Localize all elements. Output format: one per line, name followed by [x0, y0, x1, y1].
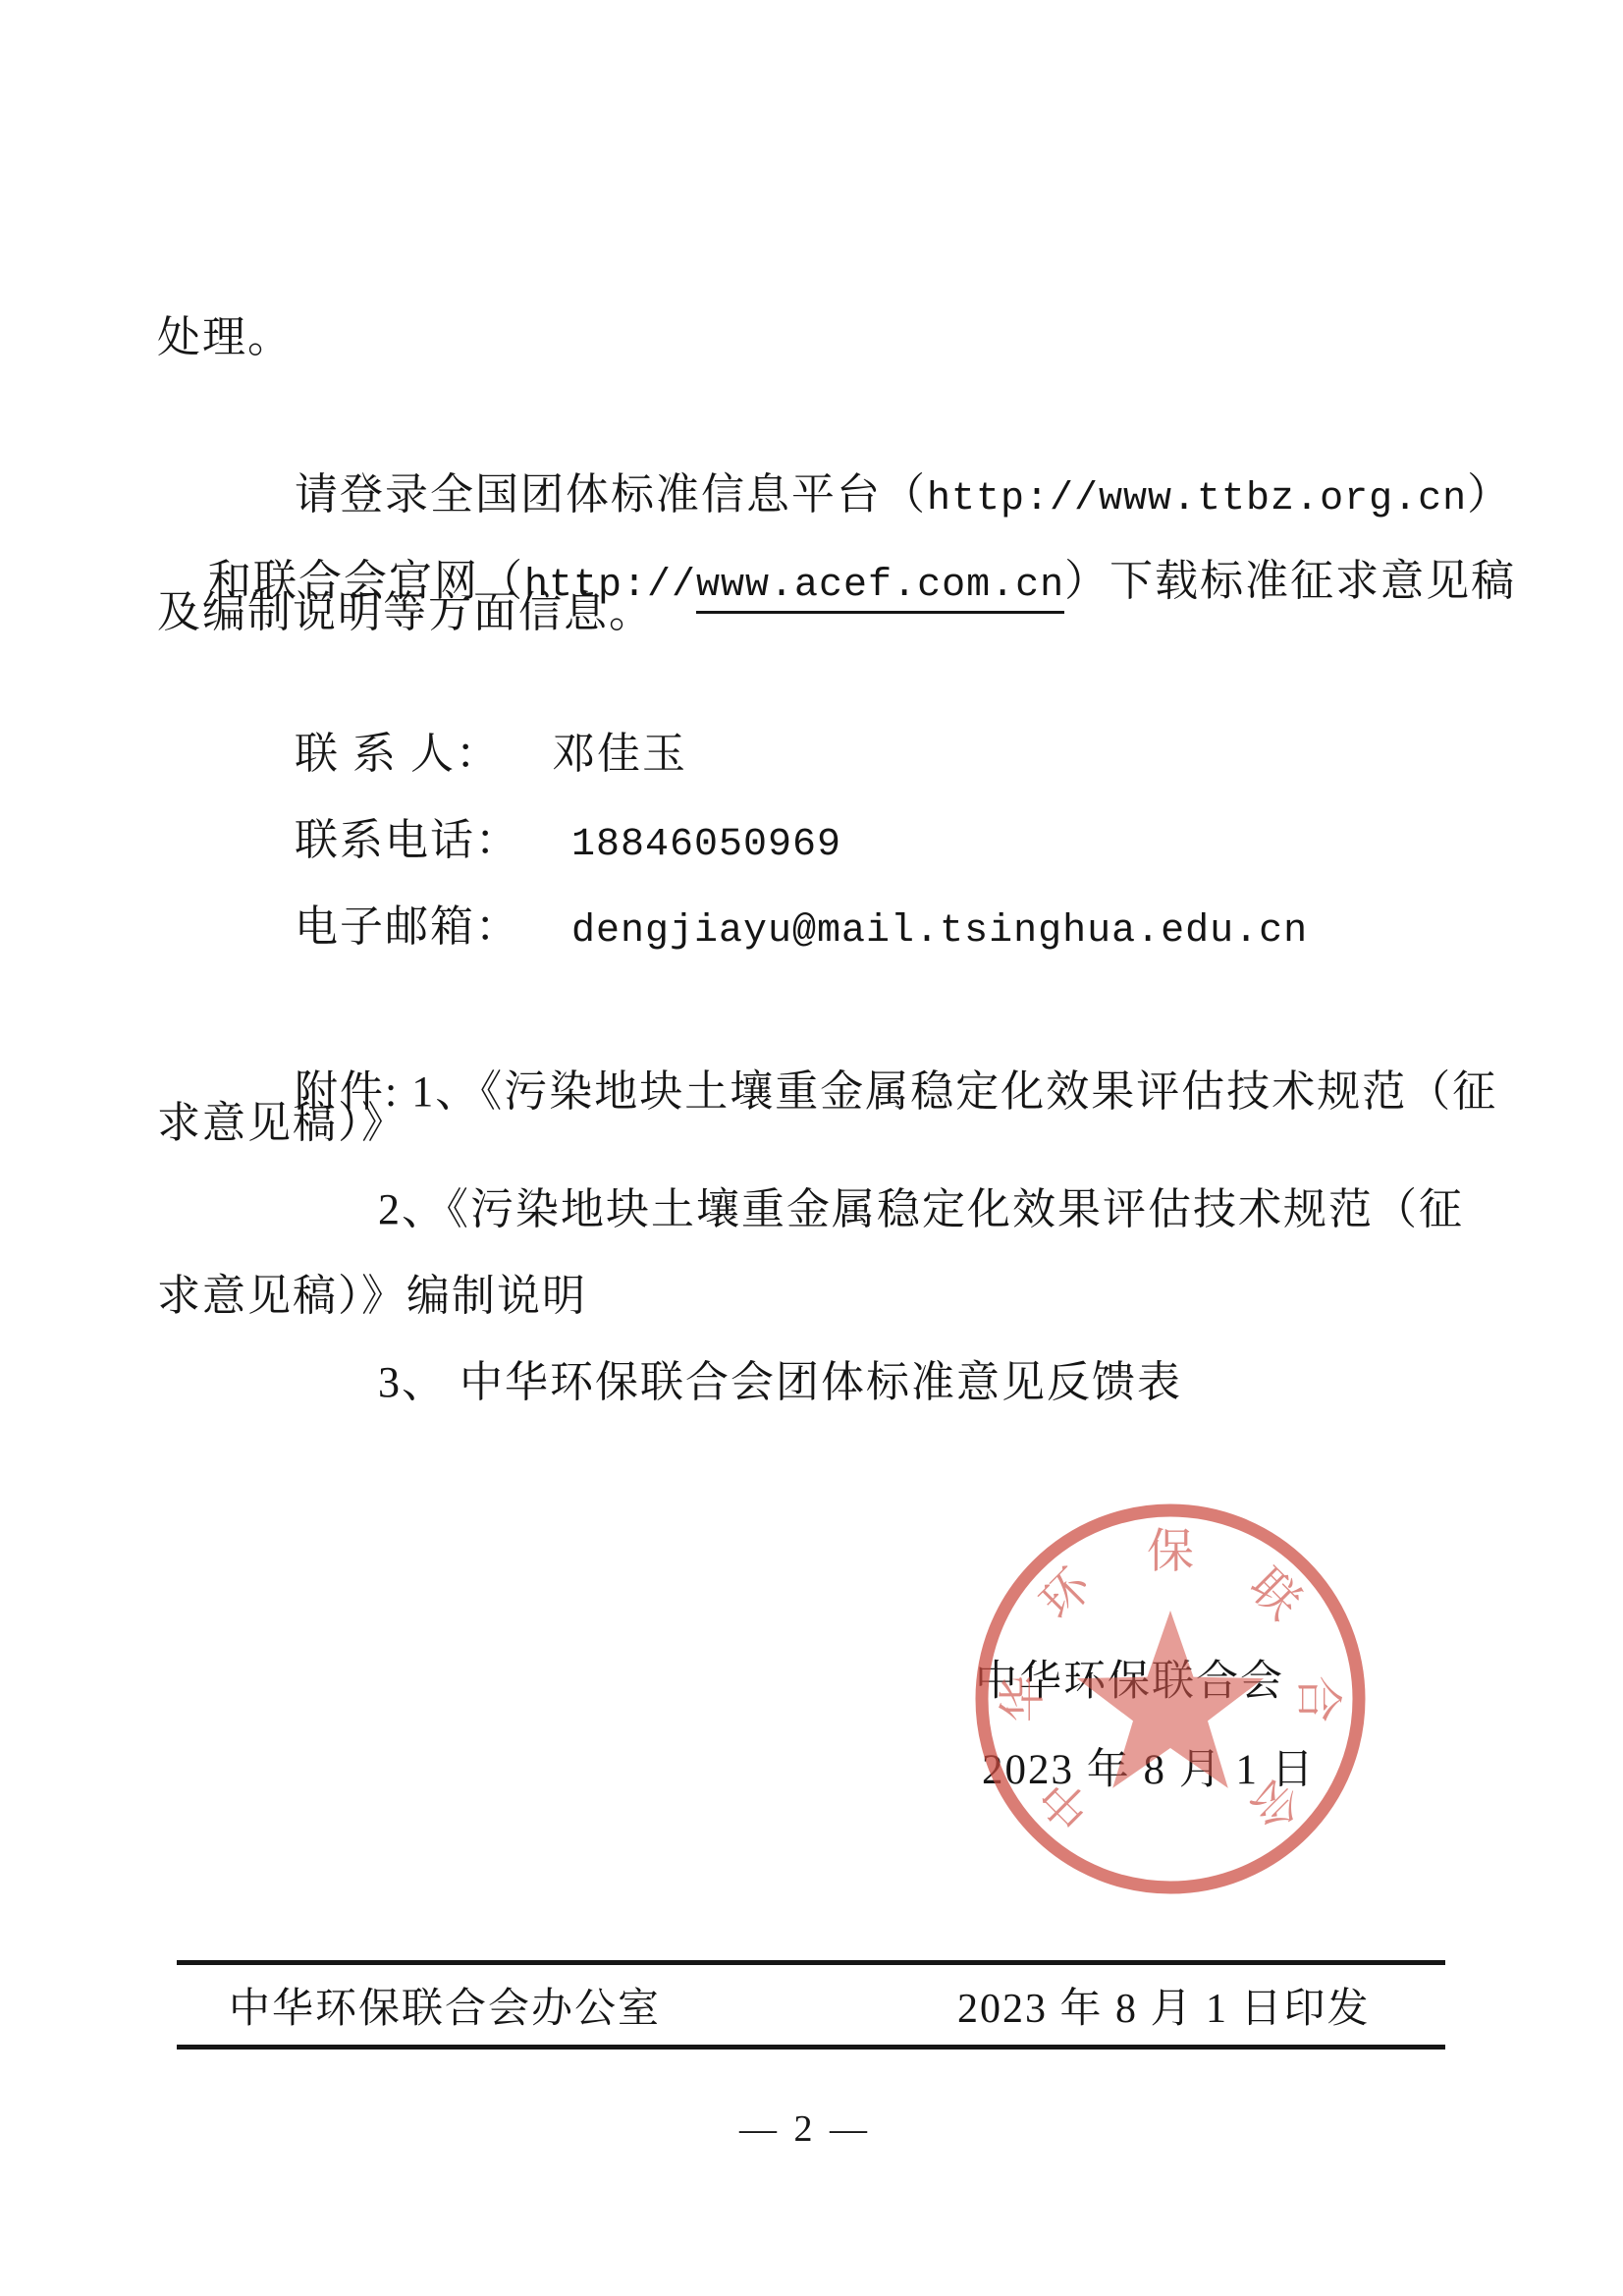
footer-office: 中华环保联合会办公室 [229, 1982, 661, 2037]
attachment-1-line-2: 求意见稿）》 [157, 1096, 406, 1151]
attachment-3-line: 3、 中华环保联合会团体标准意见反馈表 [378, 1355, 1182, 1410]
document-page: 处理。 请登录全国团体标准信息平台（http://www.ttbz.org.cn… [0, 0, 1623, 2296]
attachments-row-1: 附件: 1、《污染地块土壤重金属稳定化效果评估技术规范（征 [243, 1010, 1497, 1175]
download-text: ）下载标准征求意见稿 [1064, 557, 1516, 605]
footer-issue-date: 2023 年 8 月 1 日印发 [957, 1982, 1371, 2037]
paragraph-line-3: 及编制说明等方面信息。 [157, 585, 654, 640]
svg-text:联: 联 [1239, 1559, 1309, 1629]
footer-rule-top [177, 1960, 1445, 1965]
paragraph-line-2: 和联合会官网（http://www.acef.com.cn）下载标准征求意见稿 [157, 499, 1516, 669]
acef-url-link[interactable]: www.acef.com.cn [696, 564, 1064, 614]
contact-email-row: 电子邮箱：dengjiayu@mail.tsinghua.edu.cn [243, 845, 1308, 1014]
svg-text:环: 环 [1031, 1558, 1103, 1630]
svg-text:合: 合 [1292, 1675, 1344, 1722]
attachment-2-line-1: 2、《污染地块土壤重金属稳定化效果评估技术规范（征 [378, 1182, 1464, 1237]
contact-email-value: dengjiayu@mail.tsinghua.edu.cn [571, 909, 1308, 954]
closing-line: 处理。 [157, 310, 293, 365]
page-number: — 2 — [687, 2107, 923, 2151]
contact-email-label: 电子邮箱： [295, 902, 520, 951]
signature-date: 2023 年 8 月 1 日 [982, 1736, 1316, 1796]
attachment-2-line-2: 求意见稿）》编制说明 [157, 1269, 587, 1324]
svg-text:保: 保 [1147, 1526, 1194, 1578]
footer-rule-bottom [177, 2045, 1445, 2050]
signature-org: 中华环保联合会 [975, 1648, 1284, 1708]
attachment-1-line-1: 1、《污染地块土壤重金属稳定化效果评估技术规范（征 [411, 1067, 1497, 1116]
